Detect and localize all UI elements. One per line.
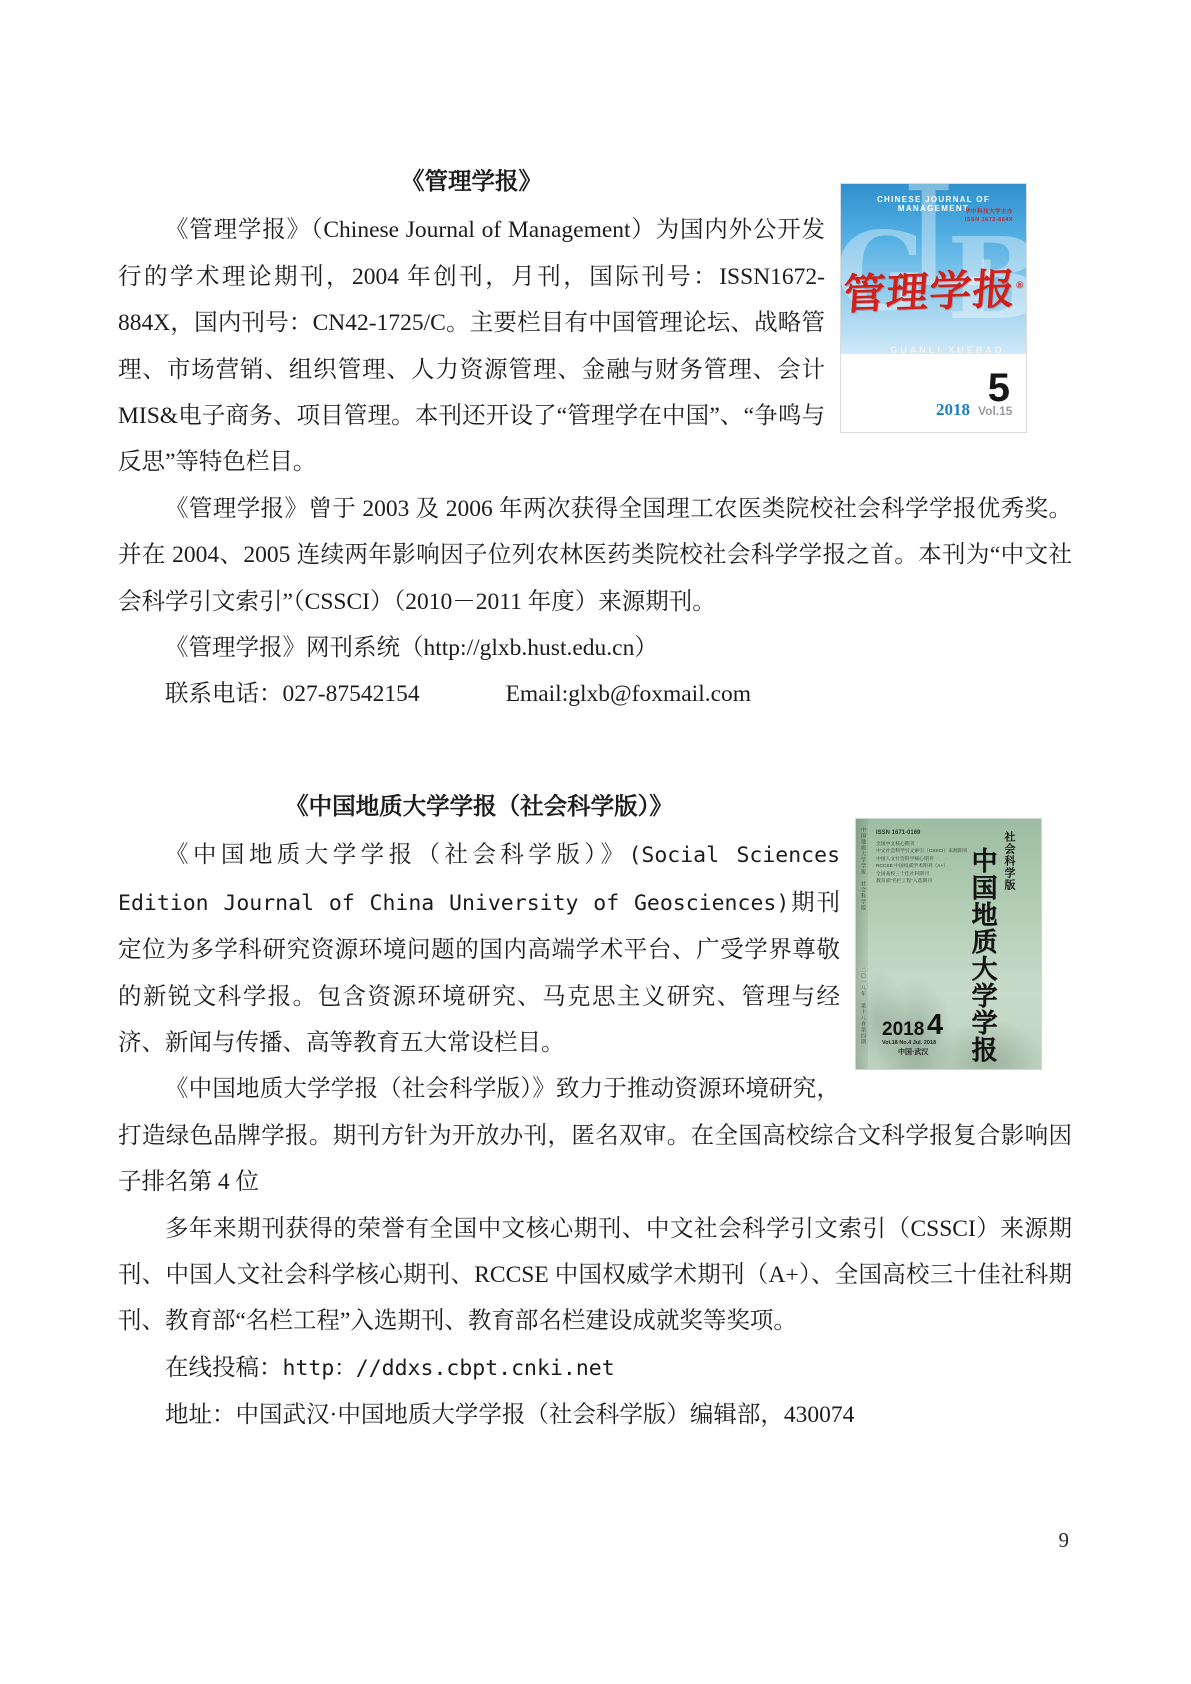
cover1-issue-number: 5 [988, 368, 1010, 408]
section2-submission-line: 在线投稿：http：//ddxs.cbpt.cnki.net [118, 1345, 1072, 1392]
document-content: G L B CHINESE JOURNAL OF MANAGEMENT 华中科技… [118, 0, 1072, 1439]
cover1-volume: Vol.15 [978, 405, 1012, 417]
contact-phone: 联系电话：027-87542154 [165, 681, 420, 707]
cover2-edition-label: 社会科学版 [1002, 831, 1015, 891]
cover2-info-block: ISSN 1671-0169 全国中文核心期刊 中文社会科学引文索引（CSSCI… [876, 829, 971, 885]
section1-contact-line: 联系电话：027-87542154Email:glxb@foxmail.com [118, 671, 1072, 717]
submission-label: 在线投稿： [165, 1355, 283, 1381]
cover2-honor-line: RCCSE 中国权威学术期刊（A+） [876, 863, 971, 870]
p1-chinese-lead: 《中国地质大学学报（社会科学版）》 [165, 842, 628, 868]
section-guanli-xuebao: G L B CHINESE JOURNAL OF MANAGEMENT 华中科技… [118, 159, 1072, 718]
cover1-blue-area: G L B CHINESE JOURNAL OF MANAGEMENT 华中科技… [841, 184, 1026, 354]
cover2-issn: ISSN 1671-0169 [876, 829, 971, 837]
cover2-spine-issue: 二〇一八年 第十八卷第四期 [859, 967, 865, 1045]
cover2-spine-title: 中国地质大学学报 社会科学版 [859, 827, 865, 911]
journal-cover-dizhi-daxue: 中国地质大学学报 社会科学版 二〇一八年 第十八卷第四期 ISSN 1671-0… [855, 818, 1042, 1070]
submission-url: http：//ddxs.cbpt.cnki.net [283, 1356, 615, 1381]
cover2-spine: 中国地质大学学报 社会科学版 二〇一八年 第十八卷第四期 [856, 819, 868, 1069]
page-number: 9 [1059, 1530, 1070, 1551]
registered-mark: ® [1015, 280, 1024, 291]
cover1-pinyin: GUANLI XUEBAO [841, 327, 1026, 354]
cover2-issue-number: 4 [927, 1011, 943, 1040]
cover2-journal-title: 中国地质大学学报 [969, 847, 996, 1067]
cover1-journal-title: 管理学报® [841, 269, 1026, 317]
cover1-issn-block: 华中科技大学主办 ISSN 1672-884X [965, 209, 1013, 224]
section2-address-line: 地址：中国武汉·中国地质大学学报（社会科学版）编辑部，430074 [118, 1392, 1072, 1438]
cover1-year: 2018 [936, 401, 970, 418]
cover2-honor-line: 教育部“名栏工程”入选期刊 [876, 878, 971, 885]
section-dizhi-daxue-xuebao: 中国地质大学学报 社会科学版 二〇一八年 第十八卷第四期 ISSN 1671-0… [118, 784, 1072, 1439]
cover2-city: 中国·武汉 [898, 1049, 928, 1056]
contact-email: Email:glxb@foxmail.com [506, 681, 752, 707]
document-page: G L B CHINESE JOURNAL OF MANAGEMENT 华中科技… [0, 0, 1191, 1684]
section2-paragraph-2: 《中国地质大学学报（社会科学版）》致力于推动资源环境研究，打造绿色品牌学报。期刊… [118, 1066, 1072, 1205]
journal-cover-guanli-xuebao: G L B CHINESE JOURNAL OF MANAGEMENT 华中科技… [840, 183, 1027, 433]
cover2-honor-line: 全国高校三十佳社科期刊 [876, 871, 971, 878]
cover1-issn: ISSN 1672-884X [965, 217, 1013, 223]
cover1-publisher: 华中科技大学主办 [965, 209, 1013, 215]
section1-website-line: 《管理学报》网刊系统（http://glxb.hust.edu.cn） [118, 625, 1072, 671]
section1-paragraph-2: 《管理学报》曾于 2003 及 2006 年两次获得全国理工农医类院校社会科学学… [118, 486, 1072, 625]
cover2-honor-line: 中文社会科学引文索引（CSSCI）来源期刊 [876, 848, 971, 855]
cover2-honor-line: 中国人文社会科学核心期刊 [876, 856, 971, 863]
section2-paragraph-3: 多年来期刊获得的荣誉有全国中文核心期刊、中文社会科学引文索引（CSSCI）来源期… [118, 1206, 1072, 1345]
cover2-year: 2018 [882, 1020, 924, 1039]
cover2-volume-line: Vol.18 No.4 Jul. 2018 [882, 1041, 936, 1047]
cover2-honor-line: 全国中文核心期刊 [876, 841, 971, 848]
